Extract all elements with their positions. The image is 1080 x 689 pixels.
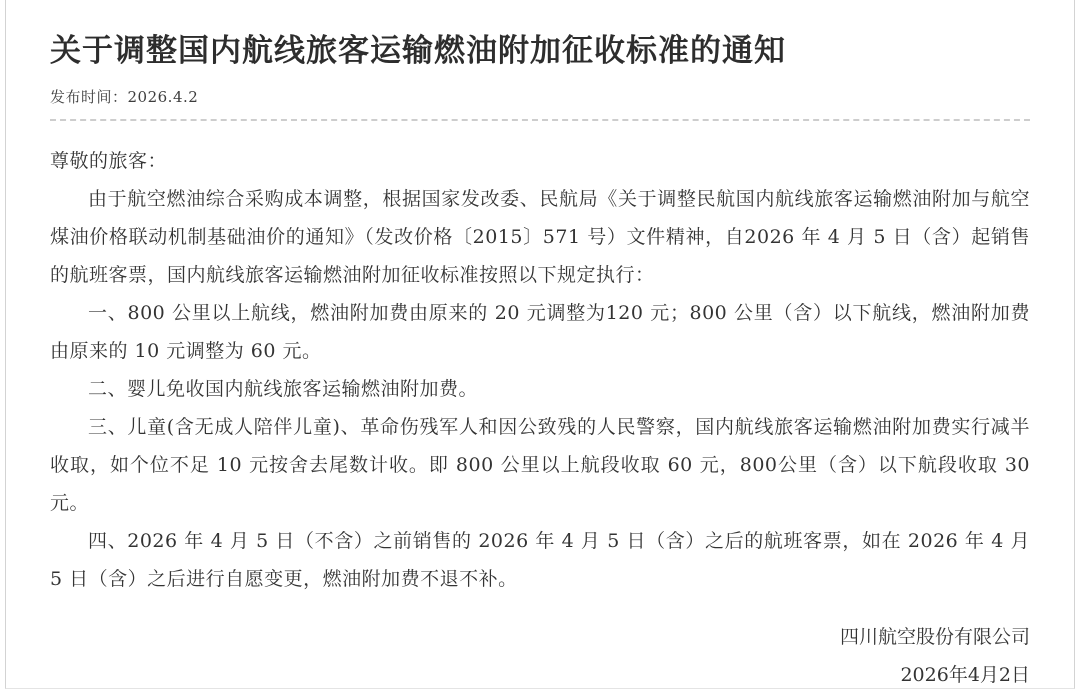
paragraph-item-3: 三、儿童(含无成人陪伴儿童)、革命伤残军人和因公致残的人民警察，国内航线旅客运输… [50, 408, 1030, 522]
paragraph-intro: 由于航空燃油综合采购成本调整，根据国家发改委、民航局《关于调整民航国内航线旅客运… [50, 180, 1030, 294]
notice-body: 尊敬的旅客： 由于航空燃油综合采购成本调整，根据国家发改委、民航局《关于调整民航… [50, 142, 1030, 598]
publish-time-label: 发布时间：2026.4.2 [50, 86, 1030, 107]
paragraph-item-4: 四、2026 年 4 月 5 日（不含）之前销售的 2026 年 4 月 5 日… [50, 522, 1030, 598]
signature-date: 2026年4月2日 [50, 656, 1030, 689]
paragraph-item-1: 一、800 公里以上航线，燃油附加费由原来的 20 元调整为120 元；800 … [50, 294, 1030, 370]
page-title: 关于调整国内航线旅客运输燃油附加征收标准的通知 [50, 0, 1030, 70]
salutation: 尊敬的旅客： [50, 142, 1030, 180]
signature-block: 四川航空股份有限公司 2026年4月2日 [50, 618, 1030, 689]
paragraph-item-2: 二、婴儿免收国内航线旅客运输燃油附加费。 [50, 370, 1030, 408]
notice-document: 关于调整国内航线旅客运输燃油附加征收标准的通知 发布时间：2026.4.2 尊敬… [5, 0, 1075, 689]
signature-company: 四川航空股份有限公司 [50, 618, 1030, 656]
dashed-divider [50, 119, 1030, 121]
